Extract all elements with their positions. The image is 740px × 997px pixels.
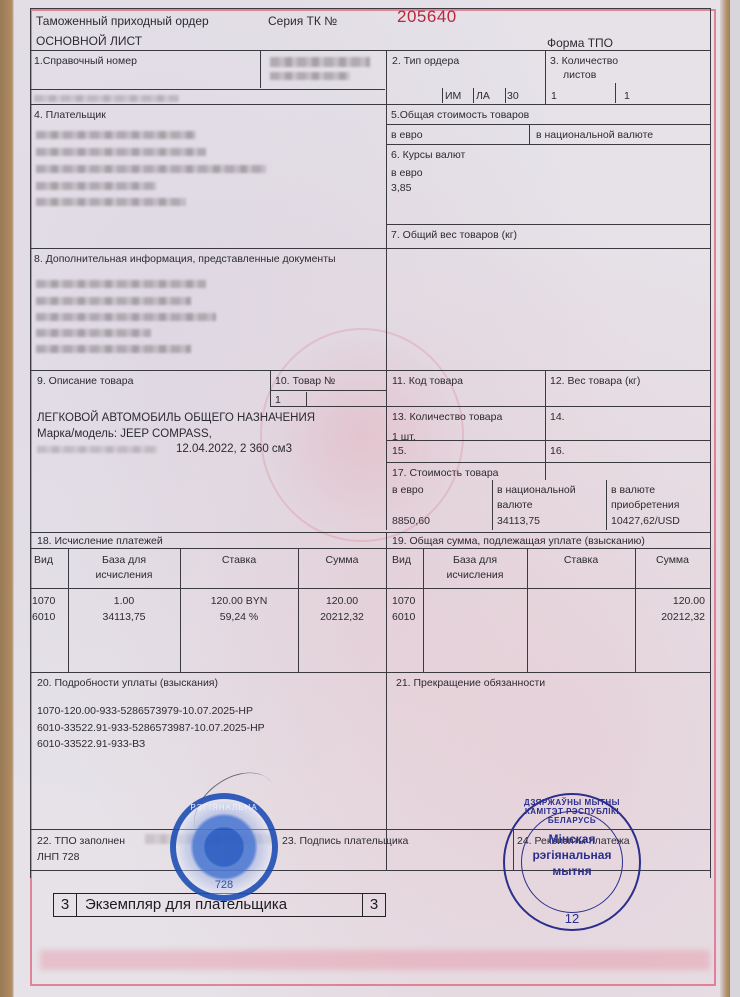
vin-redacted xyxy=(37,446,157,453)
divider xyxy=(386,588,711,589)
payment-detail-2: 6010-33522.91-933-5286573987-10.07.2025-… xyxy=(37,721,265,735)
field9-label: 9. Описание товара xyxy=(37,374,133,388)
divider xyxy=(30,104,711,105)
form-title: Таможенный приходный ордер xyxy=(36,14,209,28)
field11-label: 11. Код товара xyxy=(392,374,463,388)
f19-row1-type: 1070 xyxy=(392,594,415,608)
field5-national-label: в национальной валюте xyxy=(536,128,653,142)
divider xyxy=(30,248,711,249)
f18-row2-rate: 59,24 % xyxy=(180,610,298,624)
sheet-count-2: 1 xyxy=(624,89,630,103)
divider xyxy=(606,480,607,530)
divider xyxy=(30,89,385,90)
field13-value: 1 шт. xyxy=(392,430,416,444)
divider xyxy=(386,532,387,870)
divider xyxy=(473,88,474,103)
field22-label: 22. ТПО заполнен xyxy=(37,834,125,848)
goods-description-line1: ЛЕГКОВОЙ АВТОМОБИЛЬ ОБЩЕГО НАЗНАЧЕНИЯ xyxy=(37,411,315,425)
divider xyxy=(386,406,711,407)
divider xyxy=(615,83,616,103)
divider xyxy=(30,50,711,51)
field1-value2-redacted xyxy=(270,72,350,80)
field5-label: 5.Общая стоимость товаров xyxy=(391,108,529,122)
form-subtitle: ОСНОВНОЙ ЛИСТ xyxy=(36,34,142,48)
paper-edge xyxy=(720,0,730,997)
divider xyxy=(270,406,386,407)
f19-header-type: Вид xyxy=(392,553,411,567)
f19-row2-type: 6010 xyxy=(392,610,415,624)
additional-info-redacted-3 xyxy=(36,313,216,321)
field20-label: 20. Подробности уплаты (взыскания) xyxy=(37,676,218,690)
field21-label: 21. Прекращение обязанности xyxy=(396,676,545,690)
divider xyxy=(386,224,711,225)
f19-row2-sum: 20212,32 xyxy=(635,610,705,624)
round-stamp-line3: мытня xyxy=(505,864,639,878)
divider xyxy=(442,88,443,103)
field1-number-redacted xyxy=(34,95,179,102)
field5-eur-label: в евро xyxy=(391,128,423,142)
field14-label: 14. xyxy=(550,410,565,424)
blue-stamp-text: РЭГІЯНАЛЬНА xyxy=(176,803,272,812)
payer-redacted-3 xyxy=(36,165,266,173)
field6-currency: в евро xyxy=(391,166,423,180)
f18-row2-base: 34113,75 xyxy=(68,610,180,624)
payer-redacted-2 xyxy=(36,148,206,156)
field6-rate: 3,85 xyxy=(391,181,411,195)
payment-detail-1: 1070-120.00-933-5286573979-10.07.2025-НР xyxy=(37,704,253,718)
field3-label-2: листов xyxy=(563,68,596,82)
field17-national-label-1: в национальной xyxy=(497,483,576,497)
additional-info-redacted-2 xyxy=(36,297,191,305)
series-label: Серия ТК № xyxy=(268,14,337,28)
field12-label: 12. Вес товара (кг) xyxy=(550,374,640,388)
field16-label: 16. xyxy=(550,444,565,458)
f18-row2-type: 6010 xyxy=(32,610,55,624)
f19-header-sum: Сумма xyxy=(635,553,710,567)
field2-label: 2. Тип ордера xyxy=(392,54,459,68)
divider xyxy=(545,50,546,104)
field10-label: 10. Товар № xyxy=(275,374,335,388)
field4-label: 4. Плательщик xyxy=(34,108,106,122)
pink-smear xyxy=(40,950,710,970)
f18-row1-type: 1070 xyxy=(32,594,55,608)
divider xyxy=(386,144,711,145)
additional-info-redacted-1 xyxy=(36,280,206,288)
field19-label: 19. Общая сумма, подлежащая уплате (взыс… xyxy=(392,534,645,548)
round-stamp-inner-ring xyxy=(521,811,623,913)
divider xyxy=(260,50,261,88)
round-stamp-number: 12 xyxy=(505,911,639,926)
blue-stamp-number: 728 xyxy=(176,879,272,891)
field17-national-label-2: валюте xyxy=(497,498,533,512)
watermark-emblem xyxy=(260,328,464,542)
divider xyxy=(30,548,711,549)
order-type-code-2: ЛА xyxy=(476,89,490,103)
divider xyxy=(386,50,387,530)
divider xyxy=(545,370,546,480)
divider xyxy=(386,124,711,125)
divider xyxy=(270,370,271,406)
divider xyxy=(492,480,493,530)
round-stamp-line2: рэгіянальная xyxy=(505,848,639,862)
field22-value: ЛНП 728 xyxy=(37,850,79,864)
f19-header-base-1: База для xyxy=(423,553,527,567)
value-national: 34113,75 xyxy=(497,514,540,528)
divider xyxy=(529,124,530,144)
f19-header-rate: Ставка xyxy=(527,553,635,567)
f18-row1-rate: 120.00 BYN xyxy=(180,594,298,608)
divider xyxy=(30,672,711,673)
f18-row1-base: 1.00 xyxy=(68,594,180,608)
copy-number-left: 3 xyxy=(54,894,77,916)
order-type-code-3: 30 xyxy=(507,89,519,103)
divider xyxy=(270,390,386,391)
additional-info-redacted-4 xyxy=(36,329,151,337)
f19-row1-sum: 120.00 xyxy=(635,594,705,608)
frame-right xyxy=(710,8,711,878)
payer-redacted-5 xyxy=(36,198,186,206)
field10-value: 1 xyxy=(275,393,281,407)
customs-receipt-order-form: Таможенный приходный ордер Серия ТК № 20… xyxy=(30,8,710,878)
f18-header-rate: Ставка xyxy=(180,553,298,567)
field17-purchase-label-2: приобретения xyxy=(611,498,679,512)
f18-header-sum: Сумма xyxy=(298,553,386,567)
field1-label: 1.Справочный номер xyxy=(34,54,137,68)
f19-header-base-2: исчисления xyxy=(423,568,527,582)
divider xyxy=(386,440,711,441)
divider xyxy=(386,462,711,463)
sheet-count-1: 1 xyxy=(551,89,557,103)
f18-row2-sum: 20212,32 xyxy=(298,610,386,624)
payer-redacted-4 xyxy=(36,182,156,190)
field7-label: 7. Общий вес товаров (кг) xyxy=(391,228,517,242)
f18-header-type: Вид xyxy=(34,553,53,567)
field17-eur-label: в евро xyxy=(392,483,424,497)
payer-redacted-1 xyxy=(36,131,196,139)
f18-row1-sum: 120.00 xyxy=(298,594,386,608)
divider xyxy=(30,370,711,371)
frame-left xyxy=(30,8,31,878)
f18-header-base-2: исчисления xyxy=(68,568,180,582)
official-blue-stamp: РЭГІЯНАЛЬНА 728 xyxy=(170,793,278,901)
frame-top xyxy=(30,8,711,9)
f18-header-base-1: База для xyxy=(68,553,180,567)
copy-number-right: 3 xyxy=(362,894,385,916)
payment-detail-3: 6010-33522.91-933-ВЗ xyxy=(37,737,145,751)
field6-label: 6. Курсы валют xyxy=(391,148,465,162)
value-purchase-currency: 10427,62/USD xyxy=(611,514,680,528)
field18-label: 18. Исчисление платежей xyxy=(37,534,163,548)
divider xyxy=(30,588,386,589)
serial-number: 205640 xyxy=(397,10,457,24)
order-type-code-1: ИМ xyxy=(445,89,461,103)
field17-purchase-label-1: в валюте xyxy=(611,483,655,497)
customs-round-stamp: ДЗЯРЖАЎНЫ МЫТНЫ КАМІТЭТ РЭСПУБЛІКІ БЕЛАР… xyxy=(503,793,641,931)
field8-label: 8. Дополнительная информация, представле… xyxy=(34,252,336,266)
field17-label: 17. Стоимость товара xyxy=(392,466,499,480)
field15-label: 15. xyxy=(392,444,407,458)
goods-description-line2: Марка/модель: JEEP COMPASS, xyxy=(37,427,212,441)
divider xyxy=(306,392,307,406)
goods-description-line3: 12.04.2022, 2 360 см3 xyxy=(176,442,292,456)
round-stamp-line1: Мінская xyxy=(505,832,639,846)
field1-value-redacted xyxy=(270,57,370,67)
field13-label: 13. Количество товара xyxy=(392,410,502,424)
value-eur: 8850,60 xyxy=(392,514,430,528)
field23-label: 23. Подпись плательщика xyxy=(282,834,408,848)
additional-info-redacted-5 xyxy=(36,345,191,353)
form-name: Форма ТПО xyxy=(547,36,613,50)
field3-label-1: 3. Количество xyxy=(550,54,618,68)
